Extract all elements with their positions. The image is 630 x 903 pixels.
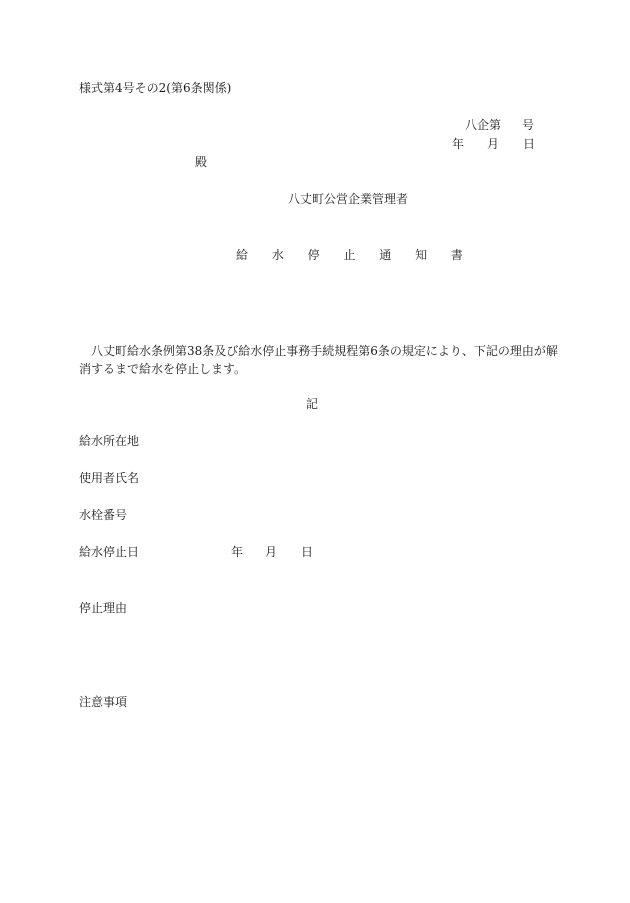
field-label-user-name: 使用者氏名 xyxy=(79,472,139,484)
field-label-suspension-reason: 停止理由 xyxy=(79,602,127,614)
document-title: 給 水 停 止 通 知 書 xyxy=(236,249,473,261)
field-label-water-supply-location: 給水所在地 xyxy=(79,435,139,447)
issue-date-day: 日 xyxy=(523,138,535,150)
field-label-suspension-date: 給水停止日 xyxy=(79,546,139,558)
field-label-notes: 注意事項 xyxy=(79,696,127,708)
doc-number-prefix: 八企第 xyxy=(465,119,501,131)
form-number: 様式第4号その2(第6条関係) xyxy=(79,82,231,94)
doc-number-suffix: 号 xyxy=(522,119,534,131)
recipient-honorific: 殿 xyxy=(195,156,207,168)
suspension-date-month: 月 xyxy=(265,546,277,558)
record-heading: 記 xyxy=(306,398,318,410)
body-text: 八丈町給水条例第38条及び給水停止事務手続規程第6条の規定により、下記の理由が解… xyxy=(79,342,559,378)
issue-date-month: 月 xyxy=(487,138,499,150)
issuer-name: 八丈町公営企業管理者 xyxy=(288,193,408,205)
issue-date-year: 年 xyxy=(452,138,464,150)
body-paragraph: 八丈町給水条例第38条及び給水停止事務手続規程第6条の規定により、下記の理由が解… xyxy=(79,342,559,378)
suspension-date-day: 日 xyxy=(301,546,313,558)
suspension-date-year: 年 xyxy=(231,546,243,558)
field-label-tap-number: 水栓番号 xyxy=(79,509,127,521)
